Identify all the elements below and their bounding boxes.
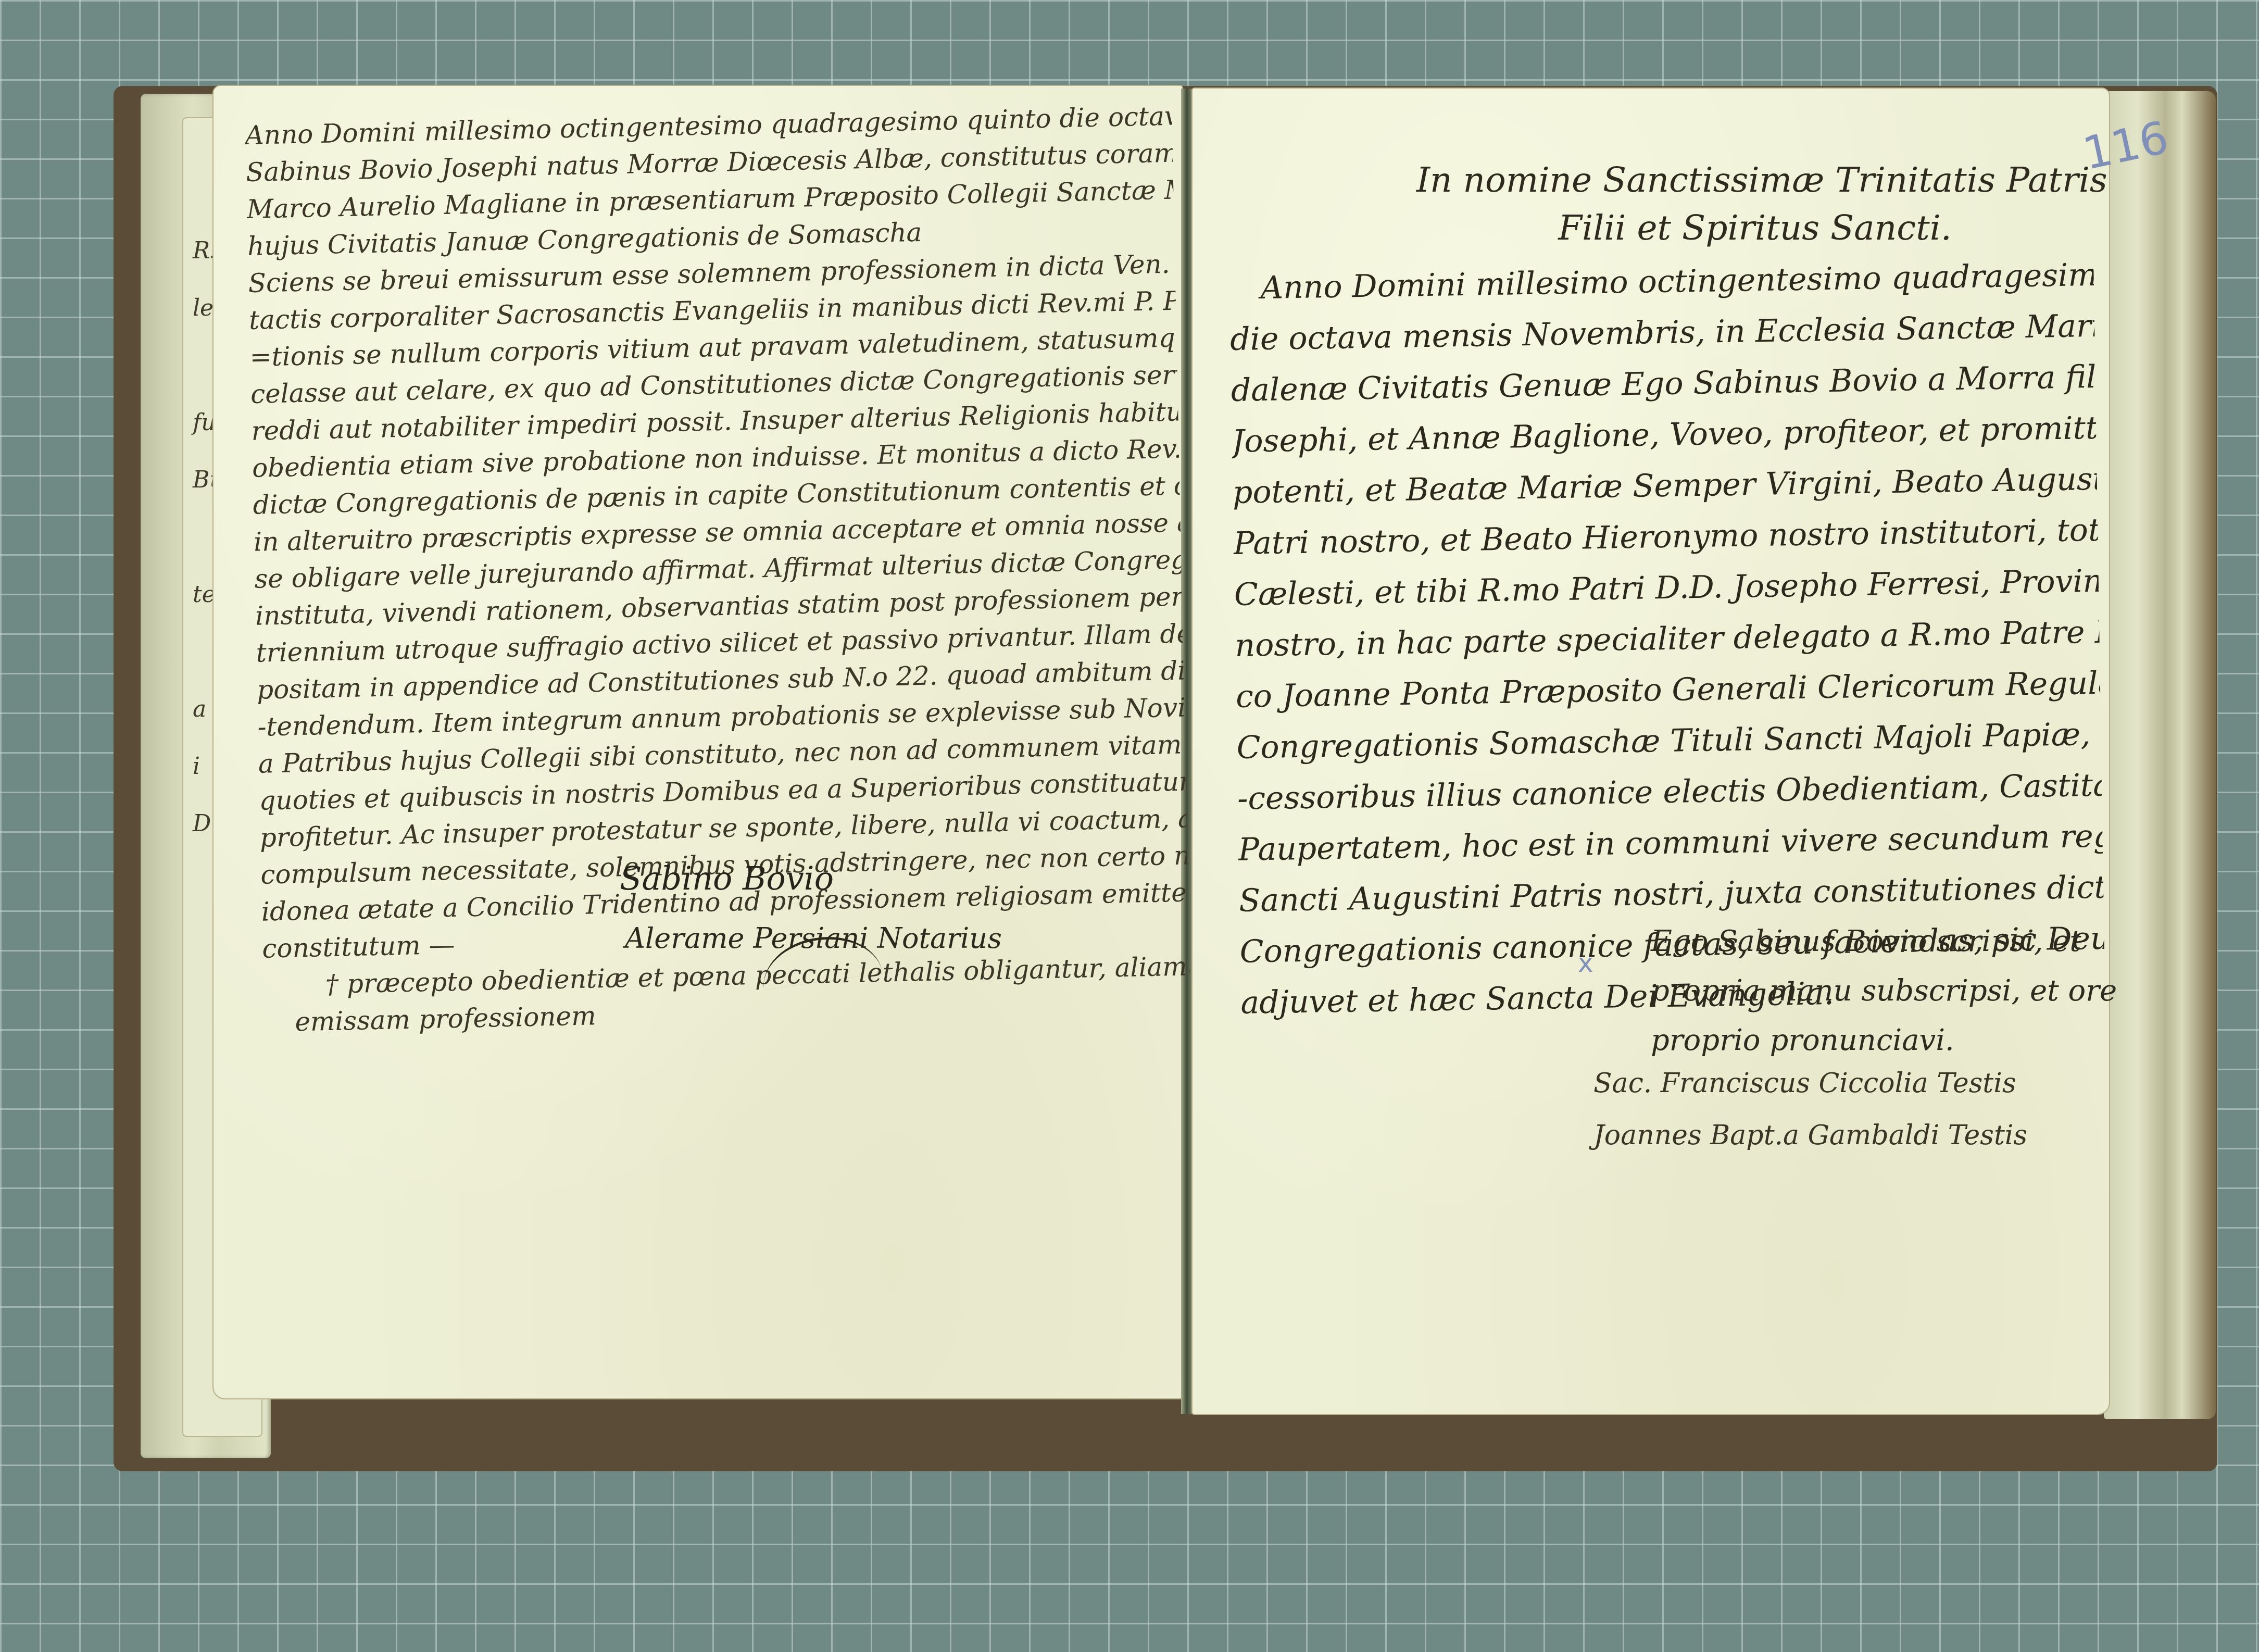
attestation-line: propria manu subscripsi, et ore	[1651, 966, 2117, 1016]
attestation-block: Ego Sabinus Bovio scripsi, et propria ma…	[1651, 917, 2117, 1065]
witness-signatures: Sac. Franciscus Ciccolia Testis Joannes …	[1593, 1057, 2027, 1161]
witness-signature: Joannes Bapt.a Gambaldi Testis	[1593, 1109, 2027, 1161]
left-page-body: Anno Domini millesimo octingentesimo qua…	[245, 98, 1191, 1042]
right-page-body: Anno Domini millesimo octingentesimo qua…	[1229, 249, 2105, 1029]
heading-line: Filii et Spiritus Sancti.	[1416, 204, 2093, 252]
signature-professed: Sabino Bovio	[620, 859, 834, 897]
attestation-line: Ego Sabinus Bovio scripsi, et	[1651, 917, 2117, 966]
margin-mark: x	[1578, 948, 1593, 978]
right-page-heading: In nomine Sanctissimæ Trinitatis Patris …	[1416, 156, 2093, 252]
right-page-stack	[2104, 91, 2216, 1419]
witness-signature: Sac. Franciscus Ciccolia Testis	[1593, 1057, 2027, 1109]
heading-line: In nomine Sanctissimæ Trinitatis Patris	[1416, 156, 2093, 204]
